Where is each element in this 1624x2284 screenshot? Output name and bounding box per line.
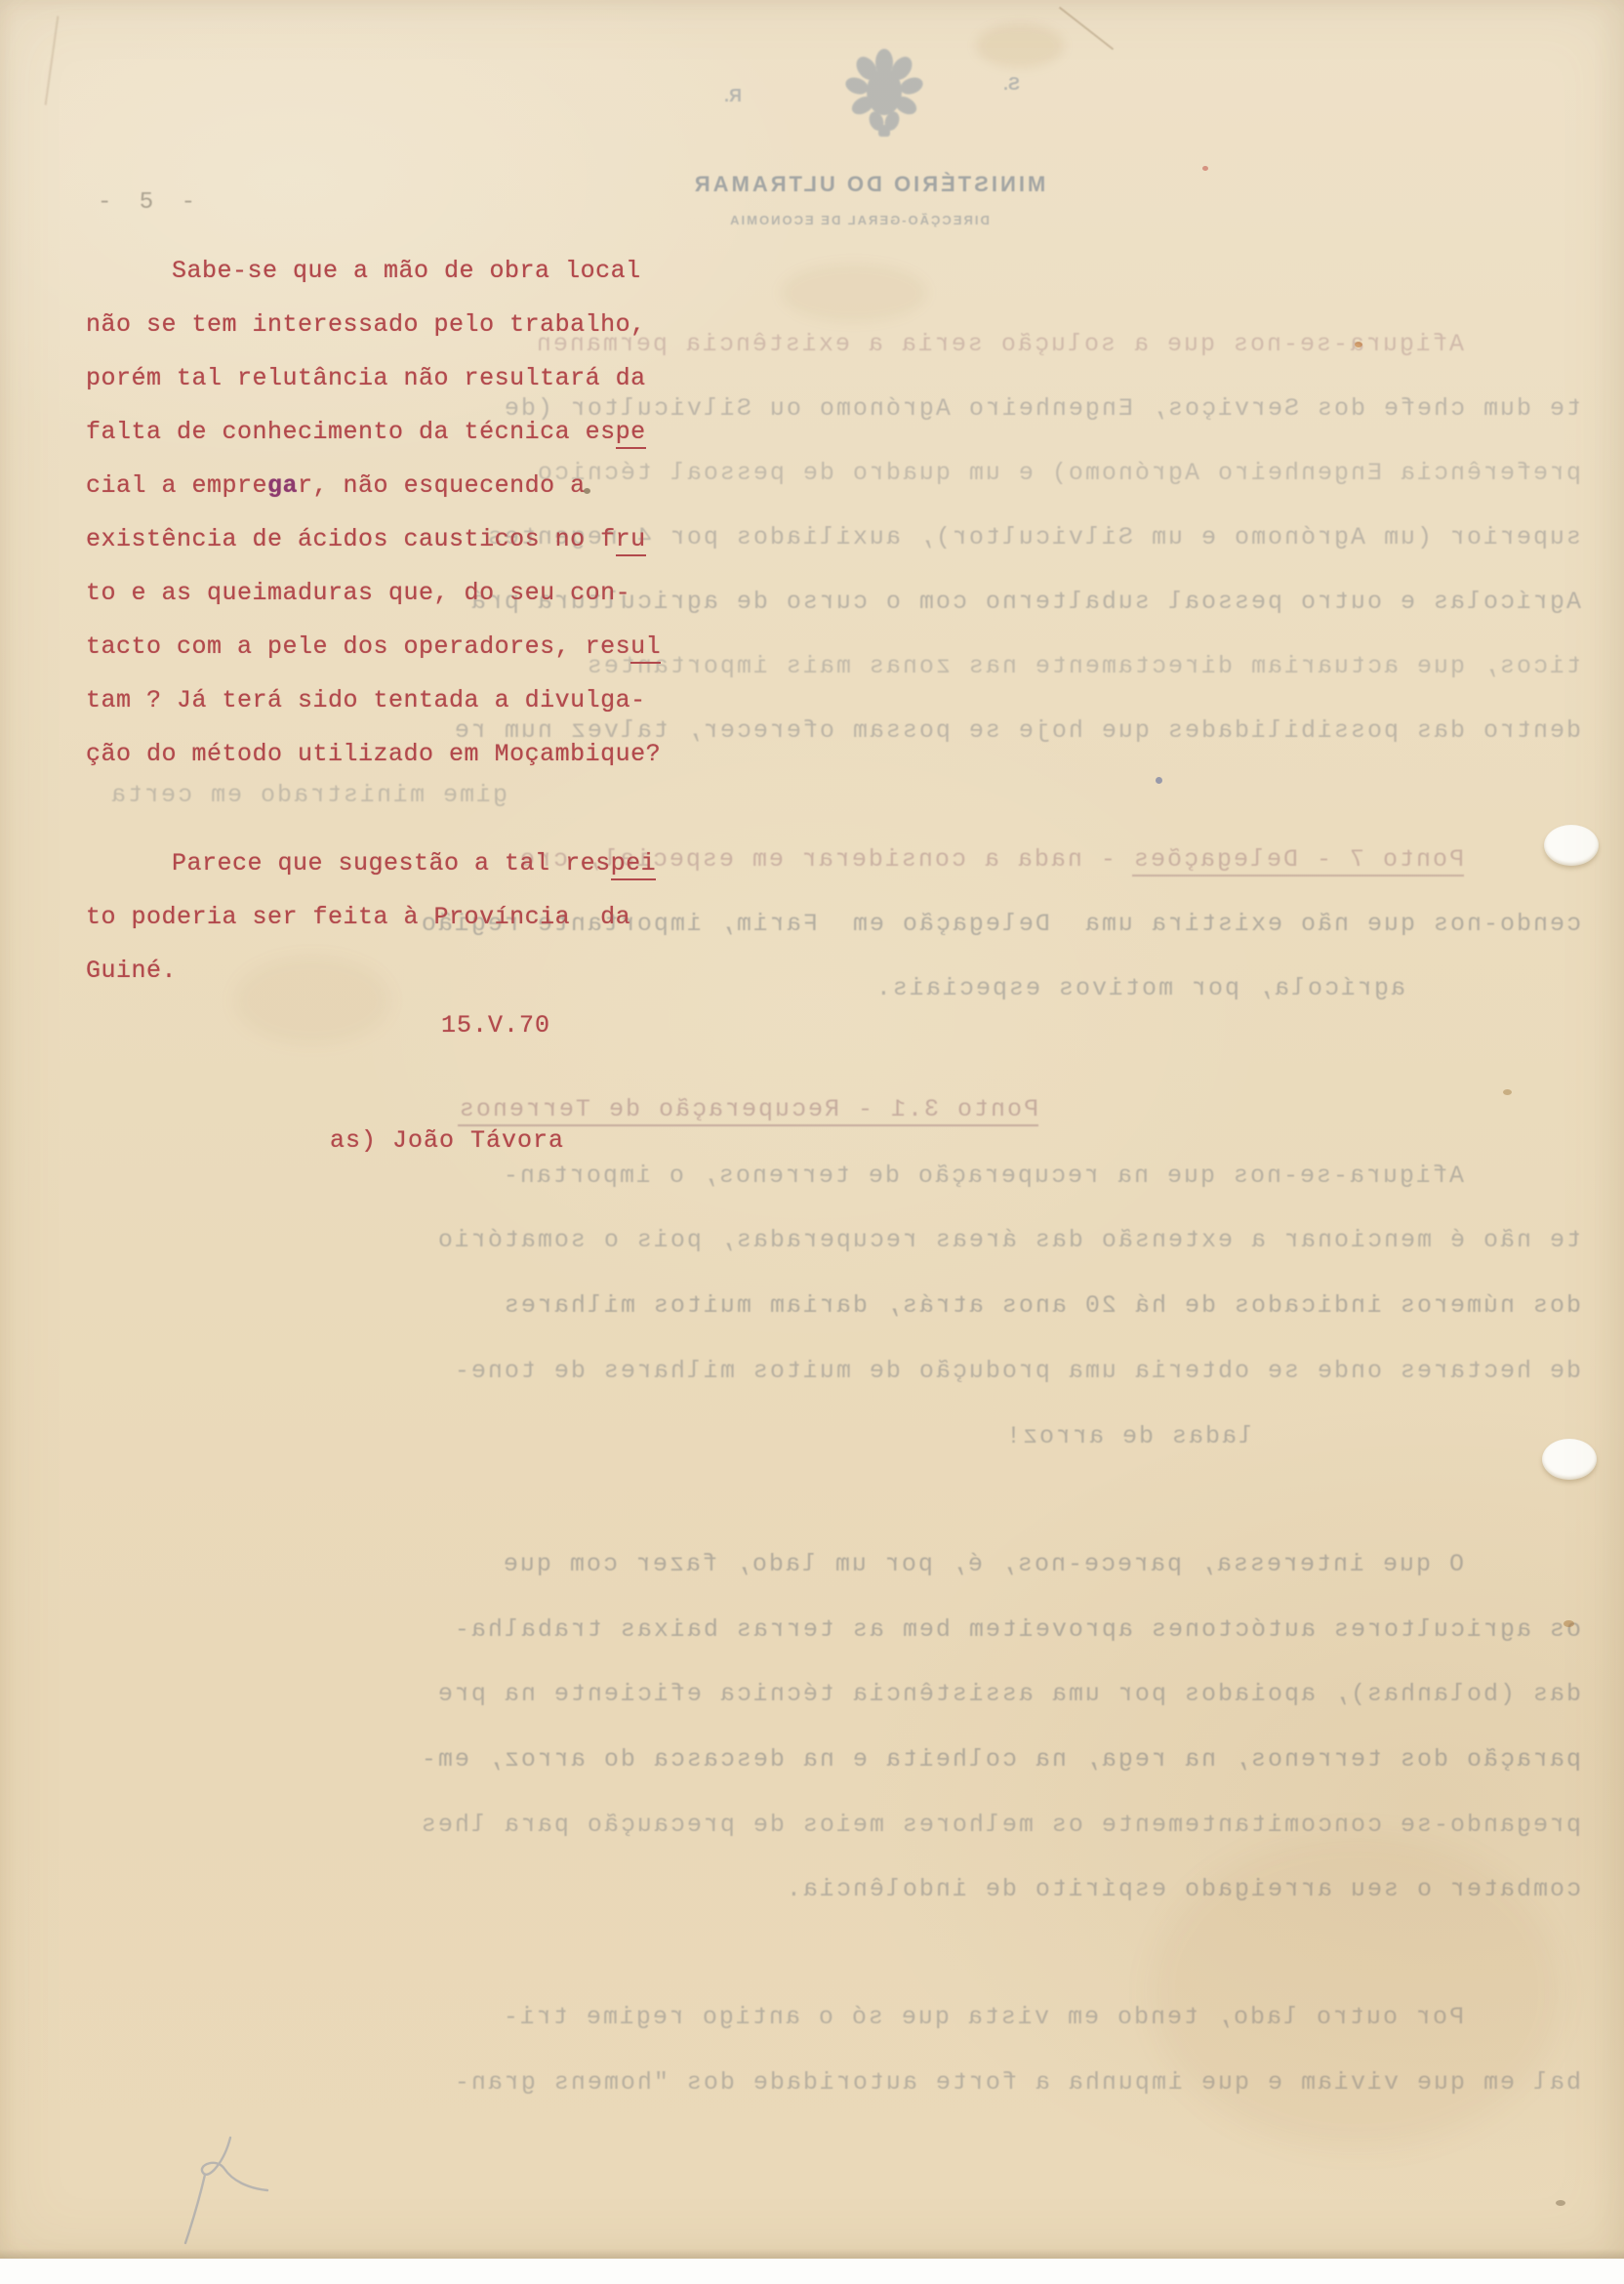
text-segment: tam ? Já terá sido tentada a divulga- [86,686,646,714]
typed-line: Parece que sugestão a tal respei [86,836,828,890]
paper-stain [976,23,1064,68]
typed-line: to poderia ser feita à Província da [86,890,828,944]
coat-of-arms-emblem-icon [830,43,939,141]
ink-speck [1563,1620,1574,1627]
typed-note: Sabe-se que a mão de obra localnão se te… [86,244,828,998]
underlined-text: ul [630,632,661,664]
scanner-background [0,2259,1624,2284]
bleed-through-line: ladas de arroz! [1004,1422,1253,1450]
hole-punch [1544,825,1599,866]
text-segment: porém tal relutância não resultará da [86,364,646,392]
ink-speck [584,488,590,494]
scan-edge-shadow [0,2249,1624,2259]
text-segment: te não é mencionar a extensão das áreas … [436,1226,1581,1254]
ink-speck [1556,2200,1565,2206]
typed-line: tam ? Já terá sido tentada a divulga- [86,673,828,727]
ink-speck [1156,777,1162,784]
paper-stain [1152,1835,1562,2147]
page-number: - 5 - [98,189,202,216]
text-segment: Sabe-se que a mão de obra local [172,257,641,285]
ink-speck [1355,342,1362,347]
bleed-through-line: Por outro lado, tendo em vista que só o … [502,2003,1464,2031]
typed-line: tacto com a pele dos operadores, resul [86,620,828,673]
text-segment: r, não esquecendo a [298,471,586,500]
text-segment: pregando-se concomitantemente os melhore… [420,1811,1581,1839]
bleed-through-line: O que interessa, parece-nos, é, por um l… [502,1550,1464,1578]
bleed-through-line: dos números indicados de há 20 anos atrá… [503,1291,1581,1320]
text-segment: Por outro lado, tendo em vista que só o … [502,2003,1464,2031]
text-segment: to e as queimaduras que, do seu con- [86,579,630,607]
text-segment: O que interessa, parece-nos, é, por um l… [502,1550,1464,1578]
text-segment: dos números indicados de há 20 anos atrá… [503,1291,1581,1320]
bleed-through-line: agrícola, por motivos especiais. [874,974,1405,1002]
overtyped-correction: ga [267,471,298,500]
bleed-through-line: de hectares onde se obteria uma produção… [453,1357,1581,1385]
typed-date: 15.V.70 [441,1011,550,1040]
typed-line: Guiné. [86,944,828,998]
text-segment: os agricultores autóctones aproveitem be… [453,1615,1581,1644]
paper-crease [45,16,60,104]
typed-line: existência de ácidos causticos no fru [86,512,828,566]
text-segment: combater o seu arreigado espírito de ind… [785,1875,1581,1903]
ink-speck [1202,166,1208,171]
text-segment: ladas de arroz! [1004,1422,1253,1450]
underlined-text: pei [611,849,657,880]
paper-sheet: R. S. MINISTÉRIO DO ULTRAMAR DIRECÇÃO-GE… [0,0,1624,2259]
typed-line: cial a empregar, não esquecendo a [86,459,828,512]
letterhead-ministry: MINISTÉRIO DO ULTRAMAR [692,172,1046,197]
bleed-through-line: das (bolanhas), apoiados por uma assistê… [436,1680,1581,1708]
pencil-mark [144,2128,320,2255]
typed-line: não se tem interessado pelo trabalho, [86,298,828,351]
typed-signature: as) João Távora [330,1126,564,1155]
text-segment: cial a empre [86,471,267,500]
text-segment: das (bolanhas), apoiados por uma assistê… [436,1680,1581,1708]
underlined-text: Ponto 3.1 - Recuperação de Terrenos [458,1095,1038,1126]
typed-line: to e as queimaduras que, do seu con- [86,566,828,620]
underlined-text: pe [616,418,646,449]
bleed-through-line: paração dos terrenos, na rega, na colhei… [420,1745,1581,1774]
paper-crease [1059,7,1114,51]
text-segment: não se tem interessado pelo trabalho, [86,310,646,339]
letterhead-mark-left: R. [724,86,742,106]
text-segment: to poderia ser feita à Província da [86,903,630,931]
bleed-through-line: bal em que viviam e que impunha a forte … [453,2068,1581,2097]
bleed-through-line: combater o seu arreigado espírito de ind… [785,1875,1581,1903]
text-segment: tacto com a pele dos operadores, res [86,632,630,661]
typed-line: Sabe-se que a mão de obra local [86,244,828,298]
bleed-through-line: os agricultores autóctones aproveitem be… [453,1615,1581,1644]
text-segment: agrícola, por motivos especiais. [874,974,1405,1002]
letterhead-mark-right: S. [1003,74,1020,95]
text-segment: paração dos terrenos, na rega, na colhei… [420,1745,1581,1774]
hole-punch [1542,1439,1597,1480]
text-segment: ção do método utilizado em Moçambique? [86,740,661,768]
letterhead-department: DIRECÇÃO-GERAL DE ECONOMIA [728,213,990,227]
scanned-document-page: { "page_number": "- 5 -", "letterhead_bl… [0,0,1624,2284]
text-segment: existência de ácidos causticos no f [86,525,616,553]
underlined-text: ru [616,525,646,556]
typed-line: porém tal relutância não resultará da [86,351,828,405]
bleed-through-line: Afigura-se-nos que na recuperação de ter… [502,1162,1464,1190]
bleed-through-line: Ponto 3.1 - Recuperação de Terrenos [458,1095,1038,1123]
bleed-through-line: pregando-se concomitantemente os melhore… [420,1811,1581,1839]
text-segment: Afigura-se-nos que na recuperação de ter… [502,1162,1464,1190]
underlined-text: Ponto 7 - Delegações [1132,845,1464,877]
typed-line: falta de conhecimento da técnica espe [86,405,828,459]
ink-speck [1503,1089,1512,1095]
typed-line: ção do método utilizado em Moçambique? [86,727,828,781]
text-segment: bal em que viviam e que impunha a forte … [453,2068,1581,2097]
text-segment: Parece que sugestão a tal res [172,849,611,877]
text-segment: Guiné. [86,957,177,985]
bleed-through-line: te não é mencionar a extensão das áreas … [436,1226,1581,1254]
text-segment: falta de conhecimento da técnica es [86,418,616,446]
text-segment: de hectares onde se obteria uma produção… [453,1357,1581,1385]
